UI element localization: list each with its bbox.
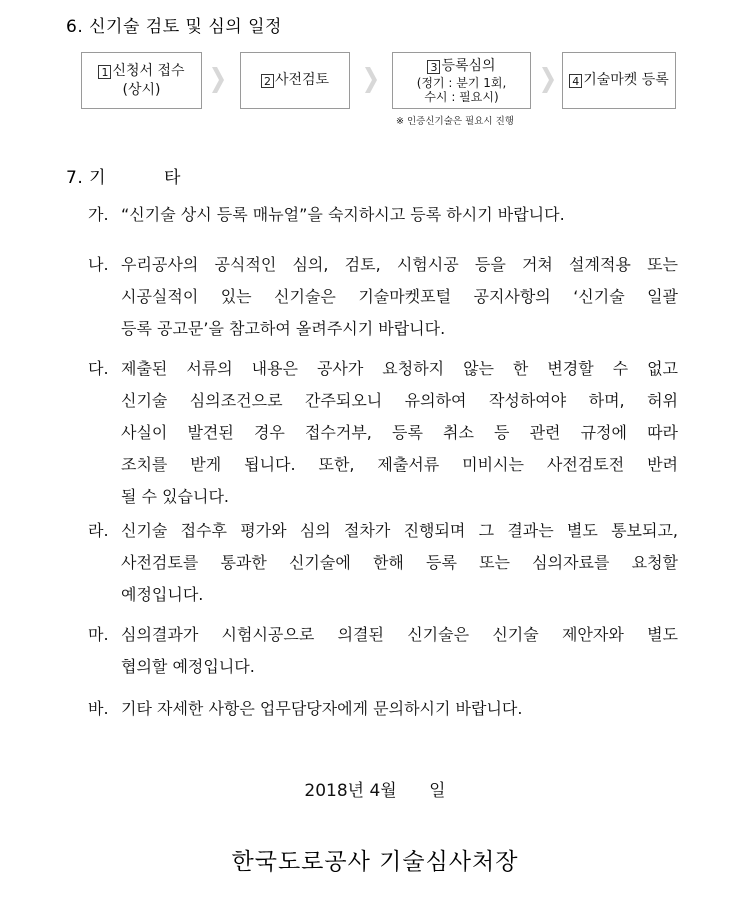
item-text-line: 신기술 심의조건으로 간주되오니 유의하여 작성하여야 하며, 허위 [121,385,678,417]
flow-step-2: 2사전검토 [240,52,350,109]
item-text-line: 신기술 접수후 평가와 심의 절차가 진행되며 그 결과는 별도 통보되고, [121,515,678,547]
item-marker: 가. [88,199,109,231]
item-text-line: 사전검토를 통과한 신기술에 한해 등록 또는 심의자료를 요청할 [121,547,678,579]
item-text-line: 심의결과가 시험시공으로 의결된 신기술은 신기술 제안자와 별도 [121,619,678,651]
flow-note: ※ 인증신기술은 필요시 진행 [396,113,514,127]
section-6-title: 6. 신기술 검토 및 심의 일정 [66,12,282,37]
item-text-line: 사실이 발견된 경우 접수거부, 등록 취소 등 관련 규정에 따라 [121,417,678,449]
item-text-line: 등록 공고문’을 참고하여 올려주시기 바랍니다. [121,313,678,345]
item-marker: 바. [88,693,109,725]
item-text-line: 조치를 받게 됩니다. 또한, 제출서류 미비시는 사전검토전 반려 [121,449,678,481]
chevron-right-icon [542,67,554,93]
chevron-right-icon [212,67,224,93]
flow-step-4: 4기술마켓 등록 [562,52,676,109]
item-text-line: 협의할 예정입니다. [121,651,678,683]
step-label: 사전검토 [275,72,329,88]
list-item: 가. “신기술 상시 등록 매뉴얼”을 숙지하시고 등록 하시기 바랍니다. [88,199,678,231]
document-date: 2018년 4월 일 [0,776,750,801]
section-7-title-number: 7. 기 [66,168,106,188]
item-text-line: 시공실적이 있는 신기술은 기술마켓포털 공지사항의 ‘신기술 일괄 [121,281,678,313]
step-sublabel: 수시 : 필요시) [424,90,498,104]
step-label: 기술마켓 등록 [583,72,669,88]
step-number-box: 1 [98,65,111,79]
item-text-line: 기타 자세한 사항은 업무담당자에게 문의하시기 바랍니다. [121,693,678,725]
item-marker: 마. [88,619,109,651]
item-text-line: “신기술 상시 등록 매뉴얼”을 숙지하시고 등록 하시기 바랍니다. [121,199,678,231]
chevron-right-icon [365,67,377,93]
step-sublabel: (상시) [123,81,161,100]
item-marker: 라. [88,515,109,547]
item-text-line: 우리공사의 공식적인 심의, 검토, 시험시공 등을 거쳐 설계적용 또는 [121,249,678,281]
flow-step-1: 1신청서 접수 (상시) [81,52,202,109]
item-marker: 나. [88,249,109,281]
item-text-line: 예정입니다. [121,579,678,611]
item-text-line: 될 수 있습니다. [121,481,678,513]
step-number-box: 4 [569,74,582,88]
step-number-box: 3 [427,60,440,74]
list-item: 라. 신기술 접수후 평가와 심의 절차가 진행되며 그 결과는 별도 통보되고… [88,515,678,611]
issuing-organization: 한국도로공사 기술심사처장 [0,843,750,876]
list-item: 마. 심의결과가 시험시공으로 의결된 신기술은 신기술 제안자와 별도 협의할… [88,619,678,683]
list-item: 다. 제출된 서류의 내용은 공사가 요청하지 않는 한 변경할 수 없고 신기… [88,353,678,513]
list-item: 바. 기타 자세한 사항은 업무담당자에게 문의하시기 바랍니다. [88,693,678,725]
list-item: 나. 우리공사의 공식적인 심의, 검토, 시험시공 등을 거쳐 설계적용 또는… [88,249,678,345]
section-7-title: 7. 기타 [66,163,181,188]
item-text-line: 제출된 서류의 내용은 공사가 요청하지 않는 한 변경할 수 없고 [121,353,678,385]
step-label: 등록심의 [441,58,495,74]
step-number-box: 2 [261,74,274,88]
step-label: 신청서 접수 [112,63,184,79]
item-marker: 다. [88,353,109,385]
section-7-title-rest: 타 [164,168,181,188]
flow-step-3: 3등록심의 (정기 : 분기 1회, 수시 : 필요시) [392,52,531,109]
step-sublabel: (정기 : 분기 1회, [417,76,507,90]
